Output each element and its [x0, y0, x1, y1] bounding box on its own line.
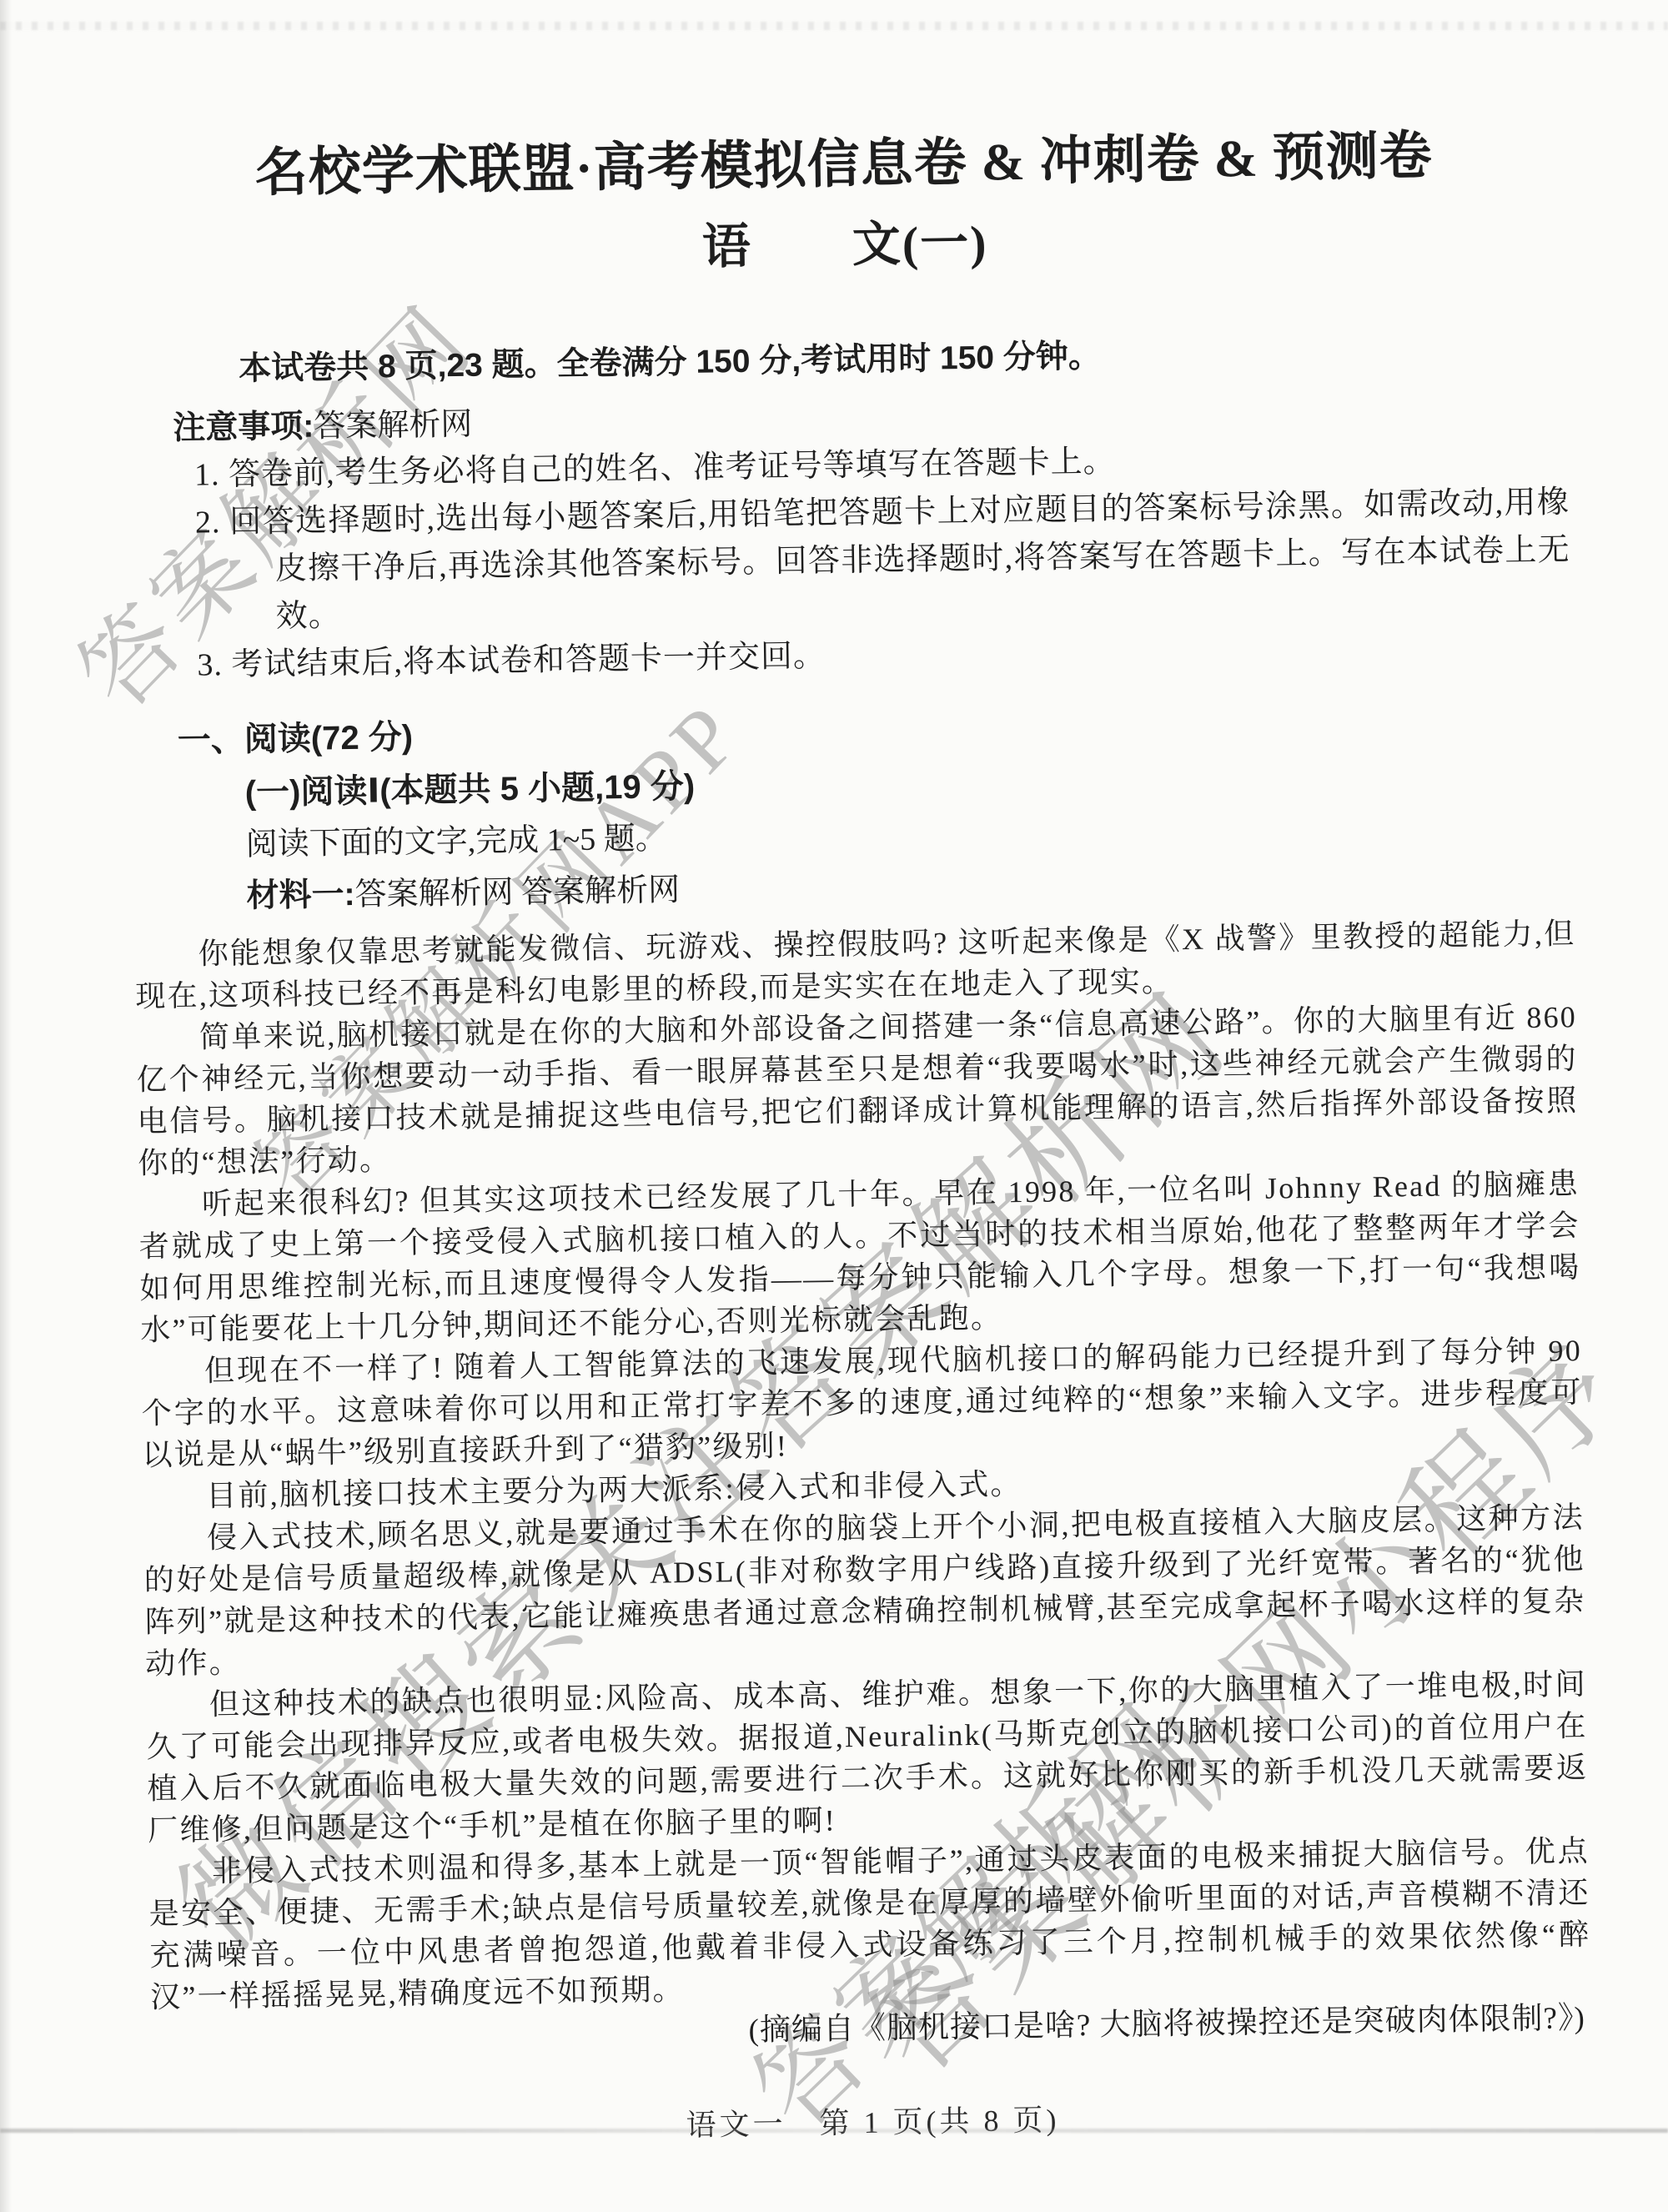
body-paragraph: 简单来说,脑机接口就是在你的大脑和外部设备之间搭建一条“信息高速公路”。你的大脑… [136, 996, 1580, 1184]
scan-artifact-top [0, 22, 1668, 30]
exam-paper-page: 答案解析网答案解析网APP微信搜索关注答案解析网答案解析网小程序答案解析网 名校… [0, 0, 1668, 2212]
material-label: 材料一: [246, 877, 355, 914]
page-content: 名校学术联盟·高考模拟信息卷 & 冲刺卷 & 预测卷 语 文(一) 本试卷共 8… [121, 0, 1594, 2153]
scan-artifact-bottom-line [0, 2129, 1668, 2133]
body-paragraph: 但这种技术的缺点也很明显:风险高、成本高、维护难。想象一下,你的大脑里植入了一堆… [146, 1663, 1590, 1852]
page-subtitle: 语 文(一) [124, 204, 1566, 286]
notice-watermark-text: 答案解析网 [314, 407, 473, 445]
scan-edge-shadow [0, 0, 12, 2212]
notice-label: 注意事项: [173, 409, 314, 447]
body-paragraph: 听起来很科幻? 但其实这项技术已经发展了几十年。早在 1998 年,一位名叫 J… [138, 1163, 1582, 1351]
body-paragraph: 但现在不一样了! 随着人工智能算法的飞速发展,现代脑机接口的解码能力已经提升到了… [141, 1330, 1584, 1476]
body-paragraph: 非侵入式技术则温和得多,基本上就是一顶“智能帽子”,通过头皮表面的电极来捕捉大脑… [148, 1830, 1592, 2018]
material-body: 你能想象仅靠思考就能发微信、玩游戏、操控假肢吗? 这听起来像是《X 战警》里教授… [134, 912, 1591, 2018]
material-watermark-text: 答案解析网 答案解析网 [354, 872, 680, 912]
exam-info: 本试卷共 8 页,23 题。全卷满分 150 分,考试用时 150 分钟。 [126, 326, 1568, 395]
notice-item-2: 2. 回答选择题时,选出每小题答案后,用铅笔把答题卡上对应题目的答案标号涂黑。如… [128, 479, 1571, 643]
page-title: 名校学术联盟·高考模拟信息卷 & 冲刺卷 & 预测卷 [123, 121, 1565, 208]
body-paragraph: 侵入式技术,顾名思义,就是要通过手术在你的脑袋上开个小洞,把电极直接植入大脑皮层… [143, 1496, 1587, 1685]
page-footer: 语文一 第 1 页(共 8 页) [152, 2089, 1594, 2153]
